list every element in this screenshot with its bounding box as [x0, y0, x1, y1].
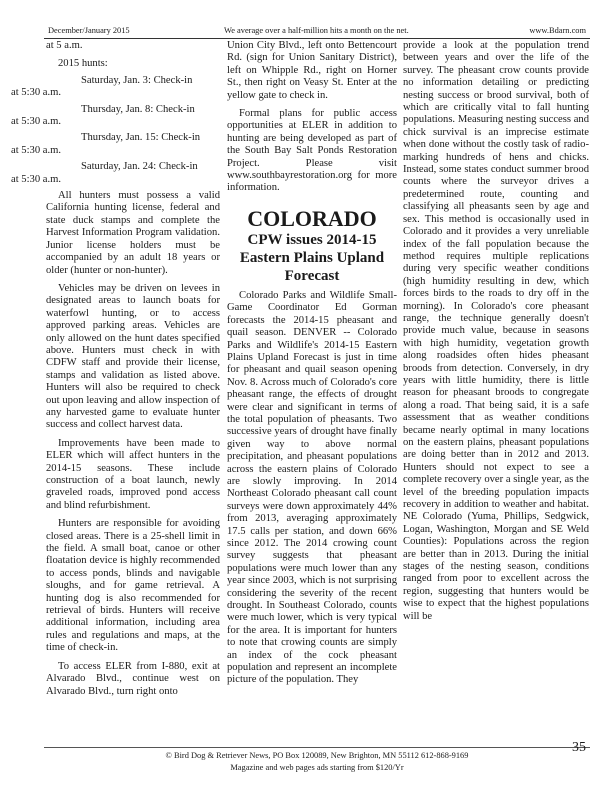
issue-date: December/January 2015: [48, 26, 130, 35]
schedule-item: Thursday, Jan. 8: Check-inat 5:30 a.m.: [46, 104, 220, 129]
column-left: at 5 a.m. 2015 hunts: Saturday, Jan. 3: …: [46, 40, 220, 704]
paragraph-vehicles: Vehicles may be driven on levees in desi…: [46, 283, 220, 432]
headline-line-1: CPW issues 2014-15: [227, 231, 397, 249]
paragraph-directions-cont: Union City Blvd., left onto Bettencourt …: [227, 40, 397, 102]
paragraph-directions: To access ELER from I-880, exit at Alvar…: [46, 661, 220, 698]
schedule-item: Saturday, Jan. 3: Check-inat 5:30 a.m.: [46, 75, 220, 100]
paragraph-hunter-responsibilities: Hunters are responsible for avoiding clo…: [46, 518, 220, 654]
headline-line-2: Eastern Plains Upland: [227, 249, 397, 267]
headline-line-3: Forecast: [227, 267, 397, 285]
paragraph-public-access: Formal plans for public access opportuni…: [227, 108, 397, 195]
page-number: 35: [572, 740, 586, 756]
website-link[interactable]: www.Bdarn.com: [529, 26, 586, 35]
column-right: provide a look at the population trend b…: [403, 40, 589, 629]
page-footer: © Bird Dog & Retriever News, PO Box 1200…: [44, 747, 590, 774]
publisher-info: © Bird Dog & Retriever News, PO Box 1200…: [44, 750, 590, 762]
article-body-part1: Colorado Parks and Wildlife Small-Game C…: [227, 290, 397, 687]
article-headline: COLORADO CPW issues 2014-15 Eastern Plai…: [227, 207, 397, 285]
schedule-item: Thursday, Jan. 15: Check-inat 5:30 a.m.: [46, 132, 220, 157]
header-tagline: We average over a half-million hits a mo…: [224, 26, 409, 35]
article-body-part2: provide a look at the population trend b…: [403, 40, 589, 623]
section-title: COLORADO: [227, 207, 397, 231]
schedule-item: Saturday, Jan. 24: Check-inat 5:30 a.m.: [46, 161, 220, 186]
intro-text: at 5 a.m.: [46, 40, 220, 52]
hunt-schedule: Saturday, Jan. 3: Check-inat 5:30 a.m. T…: [46, 75, 220, 186]
paragraph-improvements: Improvements have been made to ELER whic…: [46, 438, 220, 512]
paragraph-license-requirements: All hunters must possess a valid Califor…: [46, 190, 220, 277]
hunts-label: 2015 hunts:: [46, 58, 220, 70]
page-header: December/January 2015 We average over a …: [44, 22, 590, 39]
column-middle: Union City Blvd., left onto Bettencourt …: [227, 40, 397, 693]
ads-info: Magazine and web pages ads starting from…: [44, 762, 590, 774]
